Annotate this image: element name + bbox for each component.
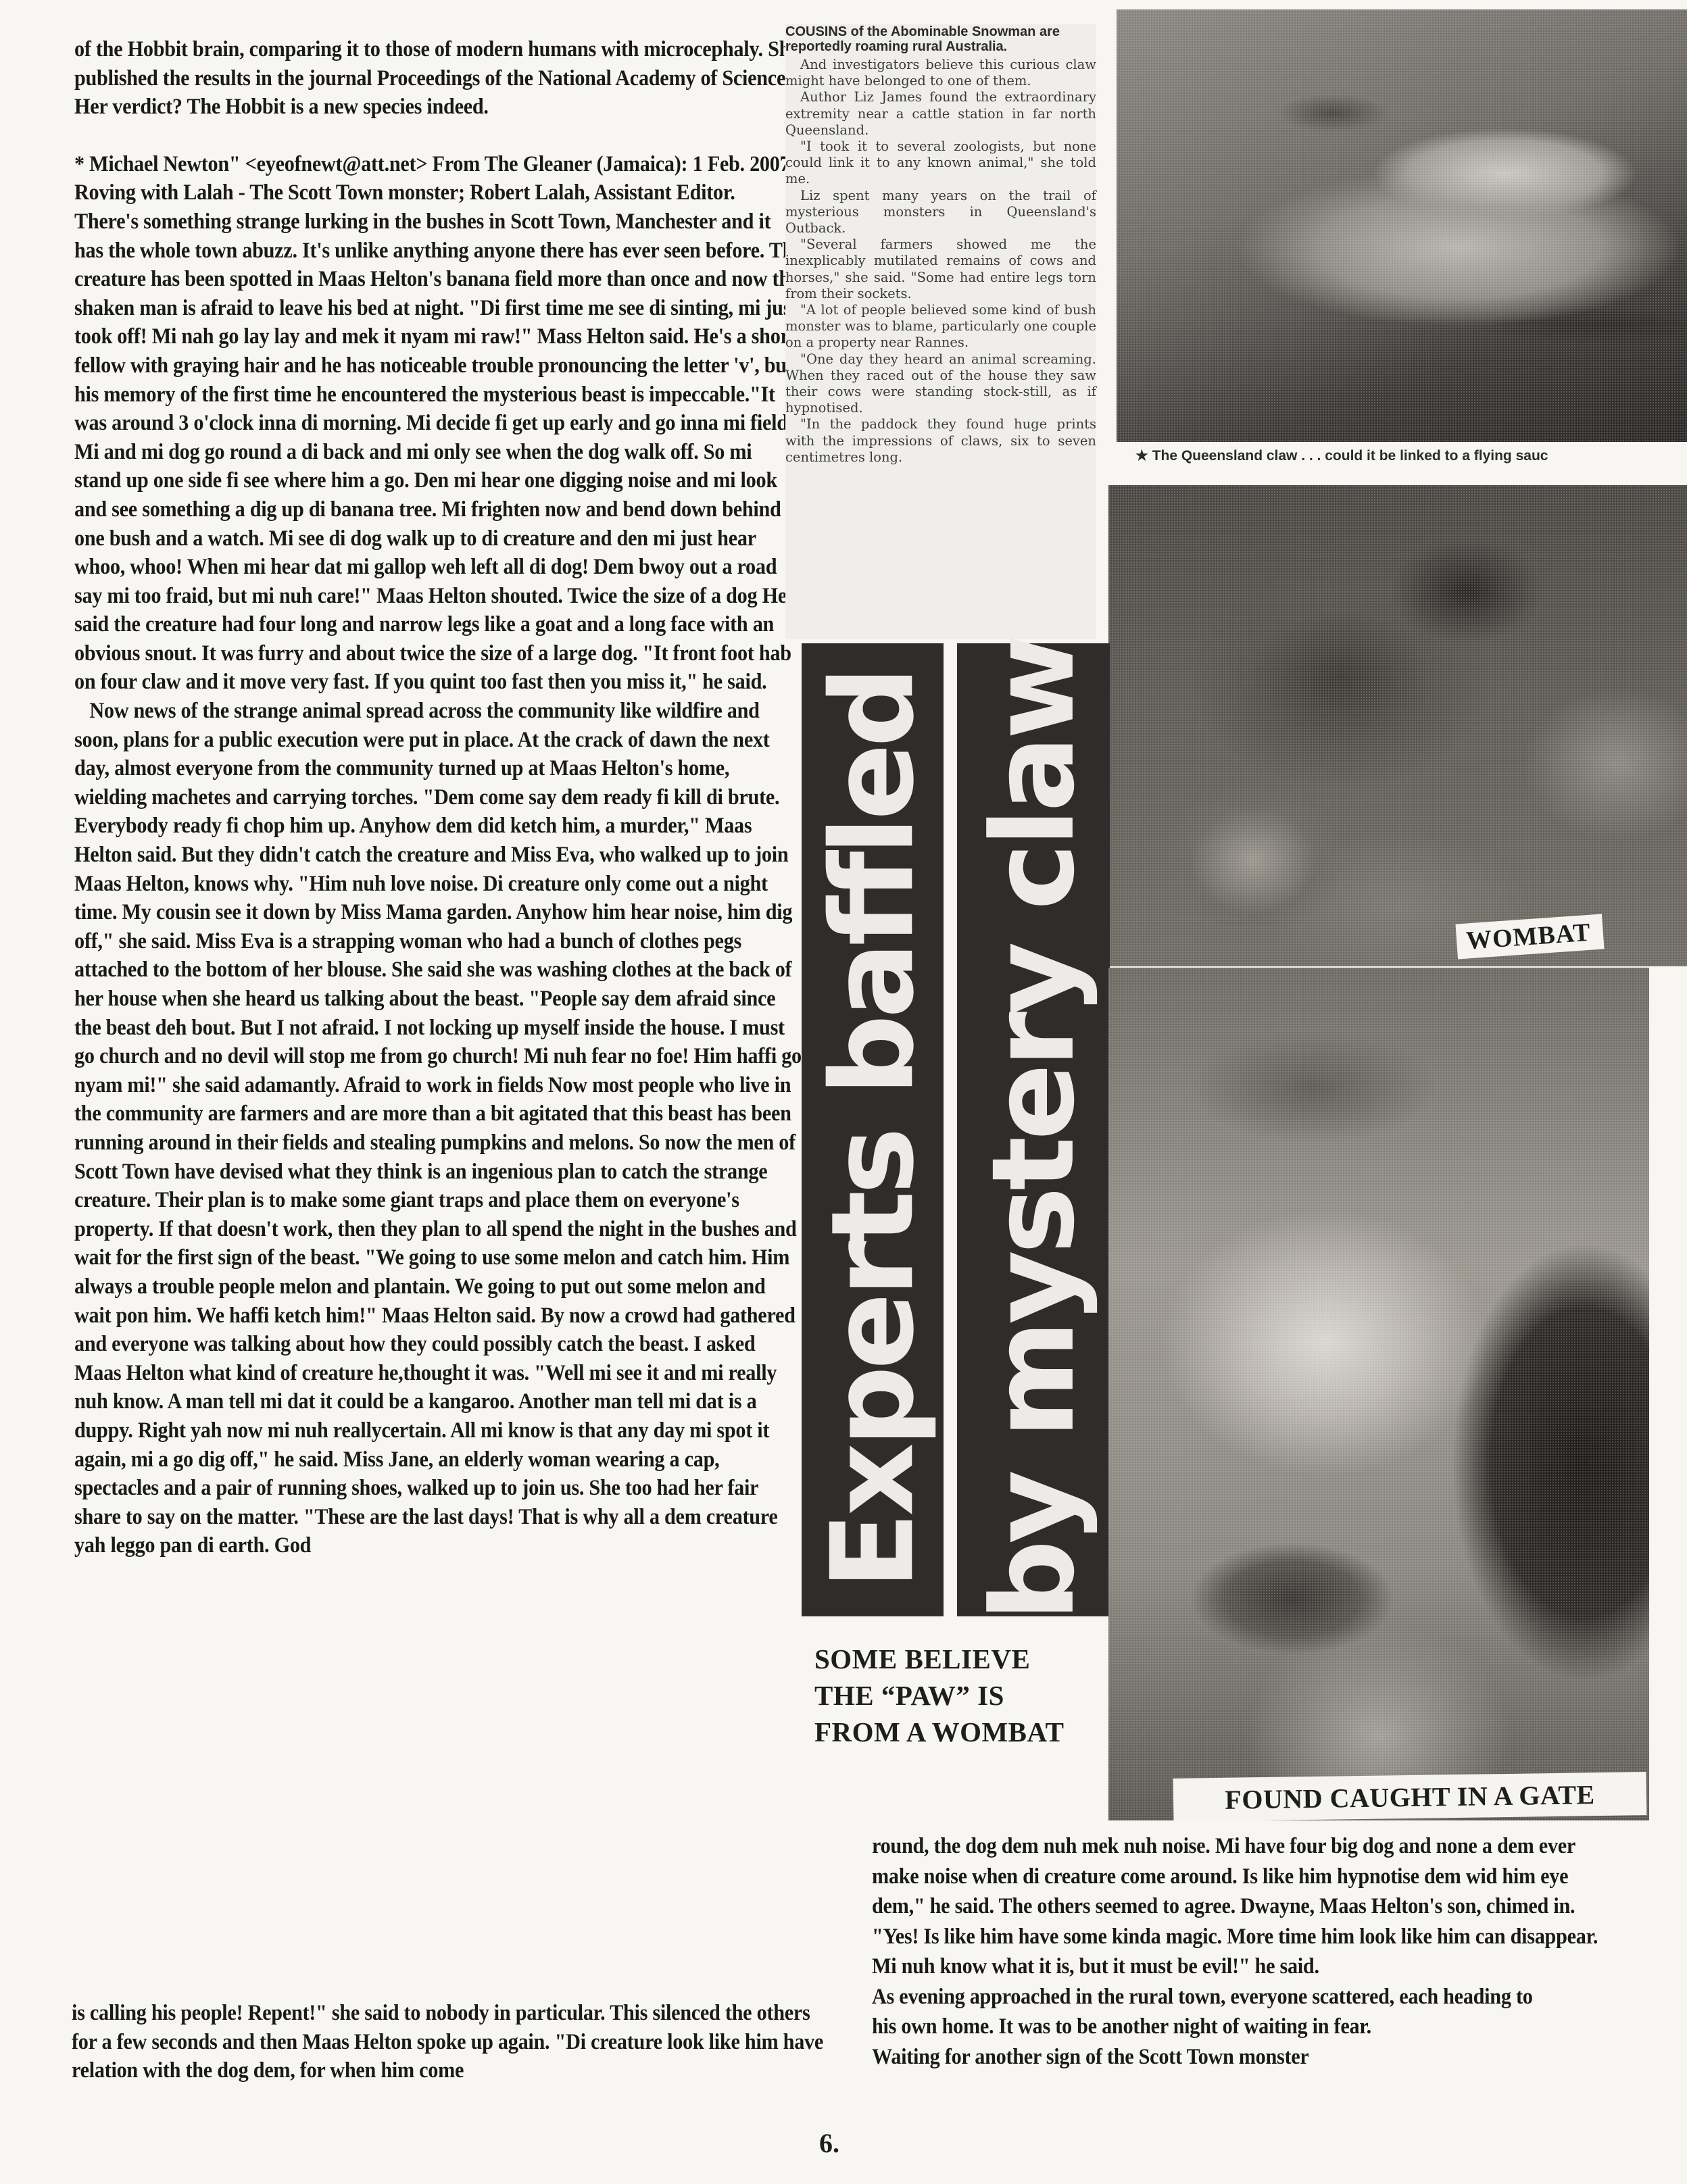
continuation-paragraph: is calling his people! Repent!" she said…: [72, 1999, 826, 2085]
article-paragraph: * Michael Newton" <eyeofnewt@att.net> Fr…: [74, 150, 804, 697]
gate-photo-caption: FOUND CAUGHT IN A GATE: [1173, 1772, 1647, 1822]
intro-paragraph: of the Hobbit brain, comparing it to tho…: [74, 35, 804, 122]
article-paragraph: Now news of the strange animal spread ac…: [74, 697, 804, 1560]
clipping-paragraph: Author Liz James found the extraordinary…: [785, 89, 1096, 139]
vertical-headline: Experts baffled by mystery claw: [802, 643, 1110, 1616]
article-continuation: is calling his people! Repent!" she said…: [72, 1999, 826, 2085]
claw-photo: [1117, 9, 1687, 442]
clipping-paragraph: "In the paddock they found huge prints w…: [785, 416, 1096, 466]
headline-strip-1: Experts baffled: [802, 643, 944, 1616]
conclusion-line: As evening approached in the rural town,…: [872, 1982, 1613, 2012]
wombat-photo: [1108, 485, 1687, 966]
clipping-paragraph: "I took it to several zoologists, but no…: [785, 139, 1096, 188]
gate-photo: [1108, 968, 1649, 1820]
clipping-paragraph: "A lot of people believed some kind of b…: [785, 302, 1096, 351]
paw-caption: SOME BELIEVE THE “PAW” IS FROM A WOMBAT: [814, 1641, 1125, 1750]
clipping-lede: COUSINS of the Abominable Snowman are re…: [785, 24, 1096, 54]
conclusion-paragraph: round, the dog dem nuh mek nuh noise. Mi…: [872, 1831, 1613, 1982]
conclusion-line: Waiting for another sign of the Scott To…: [872, 2042, 1613, 2073]
clipping-lede-bold: COUSINS: [785, 24, 847, 39]
page-number: 6.: [819, 2127, 839, 2159]
clipping-paragraph: "Several farmers showed me the inexplica…: [785, 237, 1096, 302]
headline-strip-2: by mystery claw: [957, 643, 1110, 1616]
paw-caption-line: FROM A WOMBAT: [814, 1714, 1125, 1750]
article-conclusion-column: round, the dog dem nuh mek nuh noise. Mi…: [872, 1831, 1613, 2072]
newspaper-clipping: COUSINS of the Abominable Snowman are re…: [785, 24, 1096, 639]
claw-photo-caption: ★ The Queensland claw . . . could it be …: [1135, 447, 1687, 472]
paw-caption-line: THE “PAW” IS: [814, 1677, 1125, 1714]
clipping-paragraph: Liz spent many years on the trail of mys…: [785, 188, 1096, 237]
paw-caption-line: SOME BELIEVE: [814, 1641, 1125, 1677]
clipping-paragraph: "One day they heard an animal screaming.…: [785, 351, 1096, 417]
headline-line-2: by mystery claw: [977, 639, 1090, 1621]
headline-line-1: Experts baffled: [816, 670, 929, 1590]
conclusion-line: his own home. It was to be another night…: [872, 2012, 1613, 2042]
clipping-paragraph: And investigators believe this curious c…: [785, 57, 1096, 89]
main-article-column: of the Hobbit brain, comparing it to tho…: [74, 35, 804, 1560]
